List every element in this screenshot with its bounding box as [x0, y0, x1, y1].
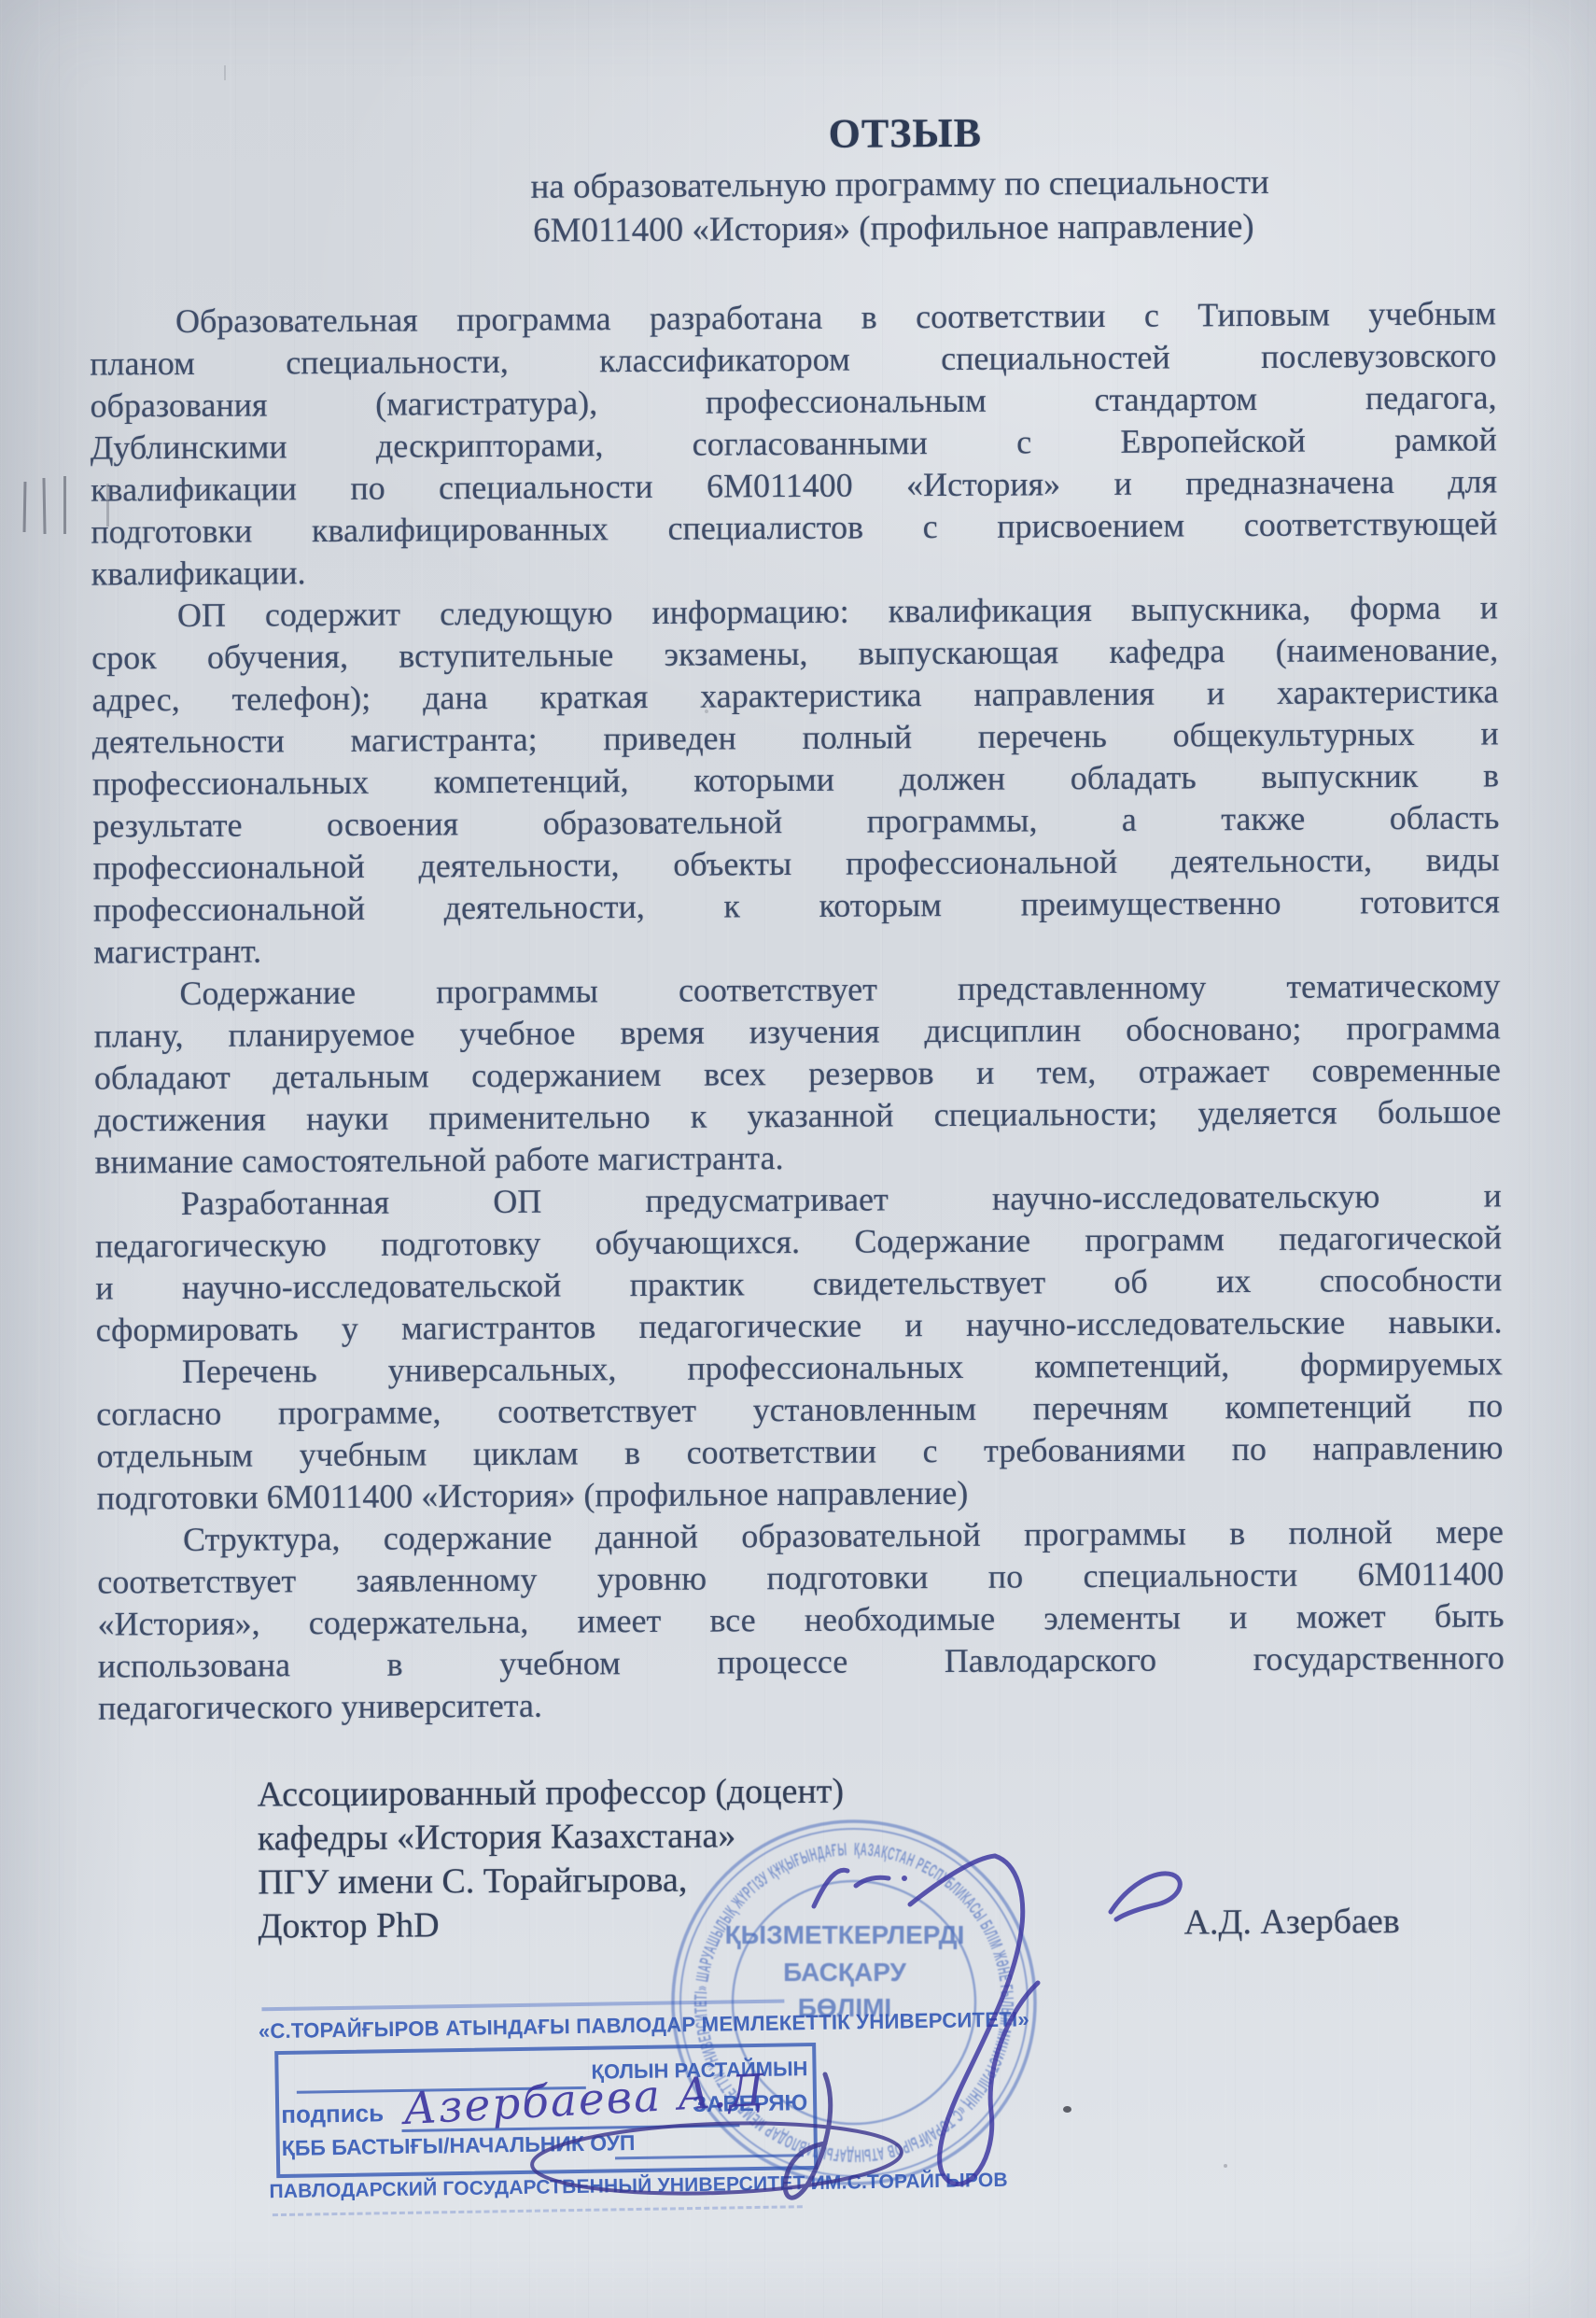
scan-dot [705, 709, 708, 713]
scan-mark [106, 484, 109, 527]
scan-mark [224, 65, 226, 80]
scanned-review-document: ОТЗЫВ на образовательную программу по сп… [0, 0, 1596, 2318]
scan-dot [1224, 2164, 1227, 2168]
scan-dot [1063, 2106, 1071, 2113]
handwritten-signature [0, 0, 1596, 2318]
scan-dot [1210, 647, 1213, 651]
scan-dot [1365, 1928, 1368, 1932]
scan-mark [63, 476, 66, 534]
